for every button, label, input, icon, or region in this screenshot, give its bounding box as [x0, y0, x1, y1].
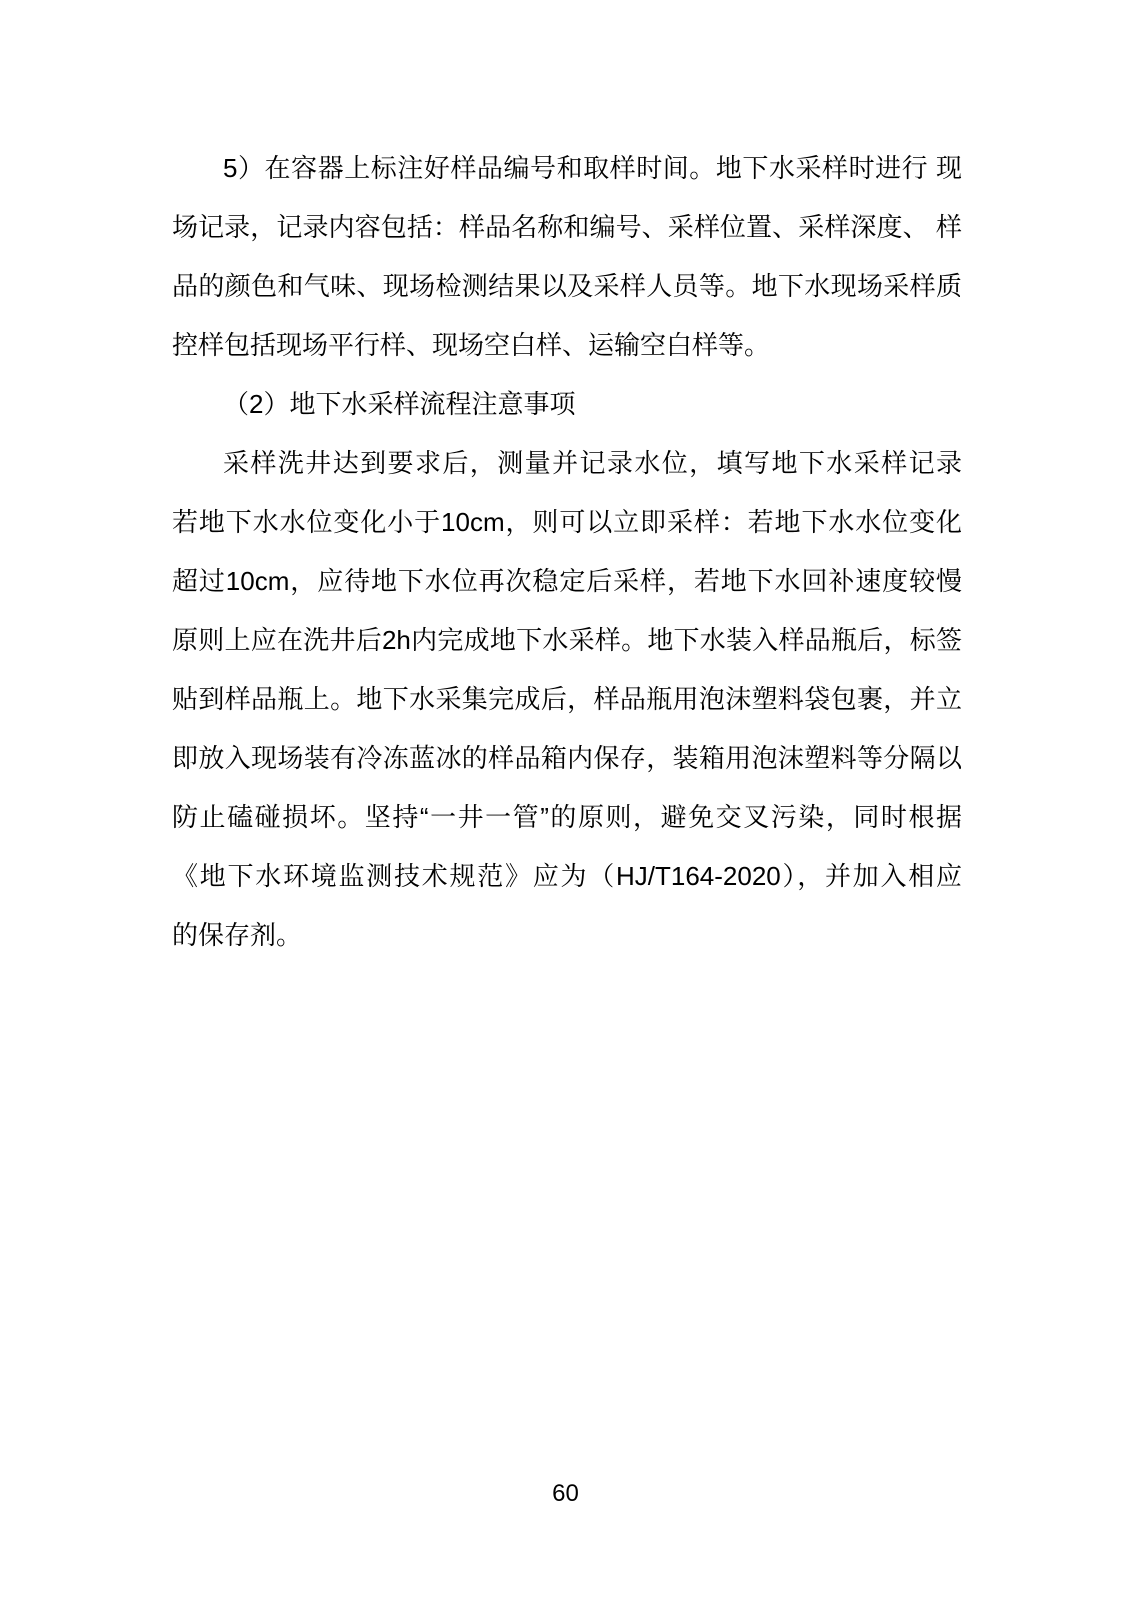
- text-line: 品的颜色和气味、现场检测结果以及采样人员等。地下水现场采样质: [172, 257, 962, 316]
- section-heading: （2）地下水采样流程注意事项: [172, 375, 962, 434]
- text-line: 防止磕碰损坏。坚持“一井一管”的原则，避免交叉污染，同时根据: [172, 788, 962, 847]
- page-number: 60: [552, 1478, 579, 1510]
- text-line: 《地下水环境监测技术规范》应为（HJ/T164-2020），并加入相应: [172, 847, 962, 906]
- text-line: 5）在容器上标注好样品编号和取样时间。地下水采样时进行 现: [172, 139, 962, 198]
- text-line: 场记录，记录内容包括：样品名称和编号、采样位置、采样深度、 样: [172, 198, 962, 257]
- text-line: 采样洗井达到要求后，测量并记录水位，填写地下水采样记录单，: [172, 434, 962, 493]
- text-line: 贴到样品瓶上。地下水采集完成后，样品瓶用泡沫塑料袋包裹，并立: [172, 670, 962, 729]
- text-line: 的保存剂。: [172, 906, 962, 965]
- text-line: 若地下水水位变化小于10cm，则可以立即采样：若地下水水位变化: [172, 493, 962, 552]
- text-block: 5）在容器上标注好样品编号和取样时间。地下水采样时进行 现 场记录，记录内容包括…: [172, 139, 962, 965]
- text-line: 控样包括现场平行样、现场空白样、运输空白样等。: [172, 316, 962, 375]
- text-line: 即放入现场装有冷冻蓝冰的样品箱内保存，装箱用泡沫塑料等分隔以: [172, 729, 962, 788]
- text-line: 超过10cm，应待地下水位再次稳定后采样，若地下水回补速度较慢: [172, 552, 962, 611]
- document-page: 5）在容器上标注好样品编号和取样时间。地下水采样时进行 现 场记录，记录内容包括…: [0, 0, 1131, 1600]
- text-line: 原则上应在洗井后2h内完成地下水采样。地下水装入样品瓶后，标签: [172, 611, 962, 670]
- page-footer: 60: [0, 1478, 1131, 1510]
